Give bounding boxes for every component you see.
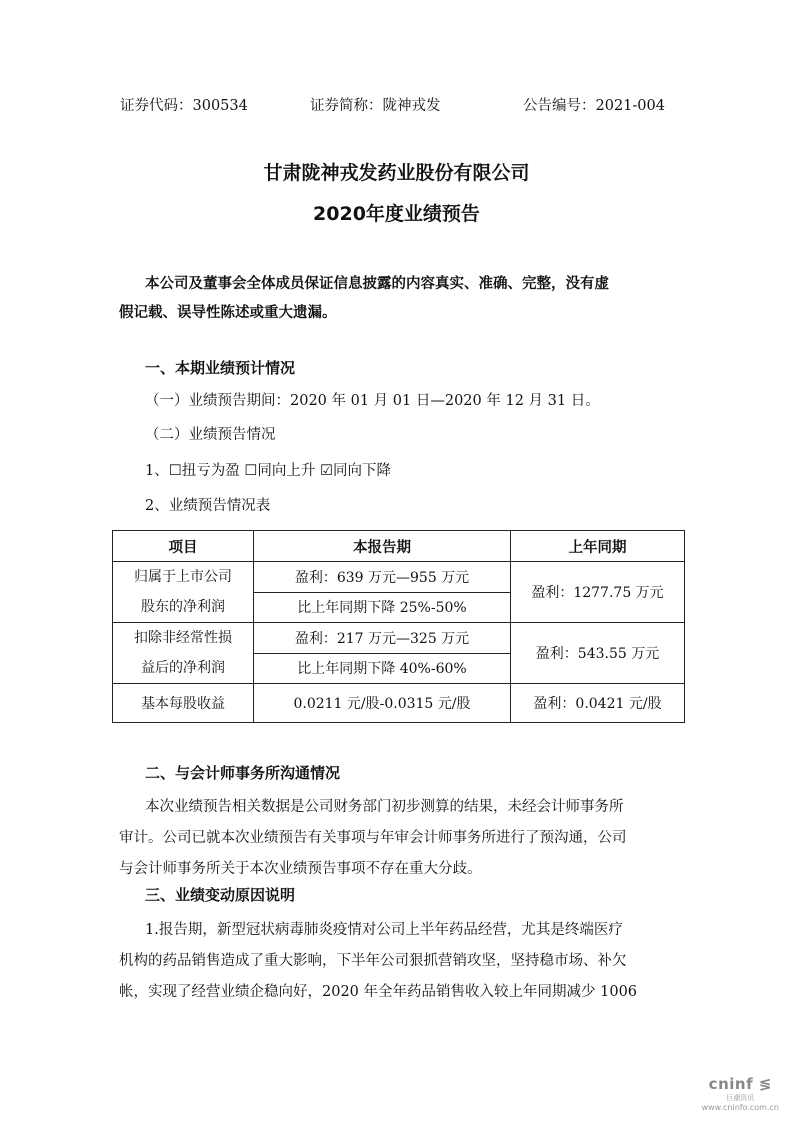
table-caption: 2、业绩预告情况表	[145, 494, 270, 515]
section-3-line-1: 1.报告期，新型冠状病毒肺炎疫情对公司上半年药品经营，尤其是终端医疗	[145, 918, 623, 939]
watermark-url: www.cninfo.com.cn	[702, 1103, 779, 1112]
row-label-line: 扣除非经常性损	[113, 623, 253, 653]
checkbox-empty-icon: ☐	[244, 463, 257, 479]
table-row: 基本每股收益 0.0211 元/股-0.0315 元/股 盈利：0.0421 元…	[113, 684, 685, 723]
checkbox-turnaround: ☐扭亏为盈	[169, 463, 240, 479]
checkbox-increase: ☐同向上升	[244, 463, 315, 479]
section-3-heading: 三、业绩变动原因说明	[145, 884, 295, 905]
prior-value: 盈利：1277.75 万元	[511, 562, 685, 623]
row-label-line: 归属于上市公司	[113, 562, 253, 592]
current-eps: 0.0211 元/股-0.0315 元/股	[254, 684, 511, 723]
current-change: 比上年同期下降 25%-50%	[254, 592, 511, 623]
current-range: 盈利：217 万元—325 万元	[254, 623, 511, 654]
cninfo-watermark: cninf ≶ 巨潮资讯 www.cninfo.com.cn	[702, 1075, 779, 1112]
row-label-net-profit: 归属于上市公司 股东的净利润	[113, 562, 254, 623]
document-title: 2020年度业绩预告	[0, 199, 793, 226]
row-label-line: 益后的净利润	[113, 653, 253, 683]
current-change: 比上年同期下降 40%-60%	[254, 653, 511, 684]
option-label: 同向下降	[333, 463, 391, 479]
row-label-eps: 基本每股收益	[113, 684, 254, 723]
forecast-table: 项目 本报告期 上年同期 归属于上市公司 股东的净利润 盈利：639 万元—95…	[112, 530, 685, 723]
current-range: 盈利：639 万元—955 万元	[254, 562, 511, 593]
section-2-heading: 二、与会计师事务所沟通情况	[145, 762, 340, 783]
section-2-line-3: 与会计师事务所关于本次业绩预告事项不存在重大分歧。	[119, 857, 482, 878]
cninfo-logo: cninf ≶	[702, 1075, 779, 1093]
row-label-line: 股东的净利润	[113, 592, 253, 622]
header-current-period: 本报告期	[254, 531, 511, 562]
checkbox-checked-icon: ☑	[320, 463, 333, 479]
option-label: 扭亏为盈	[182, 463, 240, 479]
header-prior-period: 上年同期	[511, 531, 685, 562]
watermark-cn: 巨潮资讯	[702, 1093, 779, 1103]
option-label: 同向上升	[257, 463, 315, 479]
stock-code: 证券代码：300534	[120, 94, 248, 115]
forecast-situation: （二）业绩预告情况	[145, 423, 276, 444]
cninfo-swirl-icon: ≶	[753, 1075, 772, 1093]
table-row: 扣除非经常性损 益后的净利润 盈利：217 万元—325 万元 盈利：543.5…	[113, 623, 685, 654]
header-item: 项目	[113, 531, 254, 562]
prior-eps: 盈利：0.0421 元/股	[511, 684, 685, 723]
prior-value: 盈利：543.55 万元	[511, 623, 685, 684]
section-2-line-2: 审计。公司已就本次业绩预告有关事项与年审会计师事务所进行了预沟通，公司	[119, 826, 627, 847]
announcement-number: 公告编号：2021-004	[523, 94, 665, 115]
checkbox-decrease: ☑同向下降	[320, 463, 391, 479]
options-prefix: 1、	[145, 463, 169, 479]
table-header-row: 项目 本报告期 上年同期	[113, 531, 685, 562]
forecast-type-options: 1、☐扭亏为盈 ☐同向上升 ☑同向下降	[145, 459, 391, 480]
company-title: 甘肃陇神戎发药业股份有限公司	[0, 158, 793, 185]
statement-line-1: 本公司及董事会全体成员保证信息披露的内容真实、准确、完整，没有虚	[145, 272, 609, 293]
section-3-line-3: 帐，实现了经营业绩企稳向好，2020 年全年药品销售收入较上年同期减少 1006	[119, 980, 637, 1001]
section-2-line-1: 本次业绩预告相关数据是公司财务部门初步测算的结果，未经会计师事务所	[145, 795, 624, 816]
stock-abbreviation: 证券简称：陇神戎发	[310, 94, 441, 115]
checkbox-empty-icon: ☐	[169, 463, 182, 479]
statement-line-2: 假记载、误导性陈述或重大遗漏。	[119, 301, 337, 322]
section-3-line-2: 机构的药品销售造成了重大影响，下半年公司狠抓营销攻坚，坚持稳市场、补欠	[119, 949, 627, 970]
row-label-deducted-net-profit: 扣除非经常性损 益后的净利润	[113, 623, 254, 684]
forecast-period: （一）业绩预告期间：2020 年 01 月 01 日—2020 年 12 月 3…	[145, 389, 600, 410]
table-row: 归属于上市公司 股东的净利润 盈利：639 万元—955 万元 盈利：1277.…	[113, 562, 685, 593]
section-1-heading: 一、本期业绩预计情况	[145, 357, 295, 378]
